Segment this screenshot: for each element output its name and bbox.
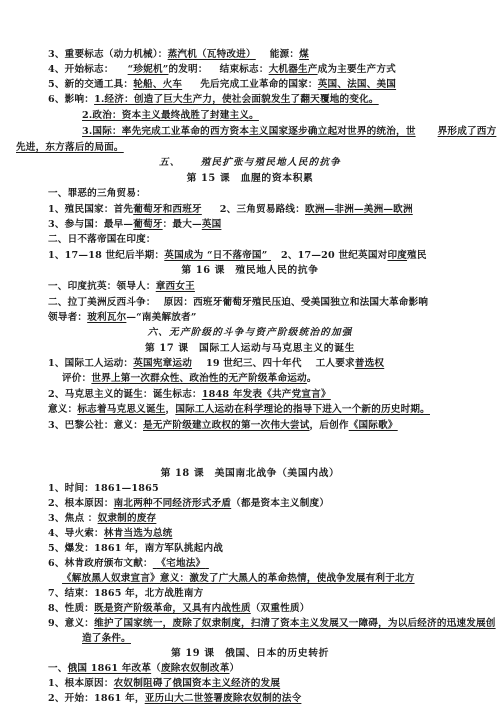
text-line: 6、林肯政府颁布文献： 《宅地法》	[48, 557, 209, 570]
lesson-heading: 第 18 课 美国南北战争（美国内战）	[0, 467, 500, 480]
text: 原因：西班牙葡萄牙殖民压迫、受美国独立和法国大革命影响	[164, 297, 428, 308]
label: 一、	[48, 663, 68, 674]
label: 意义：	[48, 404, 77, 415]
underlined-answer: 《解放黑人奴隶宣言》意义：激发了广大黑人的革命热情，使战争发展有利于北方	[62, 573, 415, 584]
text-line: 先进，东方落后的局面。	[16, 141, 124, 154]
label: 5、新的交通工具：	[48, 79, 133, 90]
text-line: 造了条件。	[82, 632, 131, 645]
label: 先后完成工业革命的国家：	[200, 79, 318, 90]
text-line: 领导者：玻利瓦尔—“南美解放者”	[48, 311, 197, 324]
quoted-term: “日不落帝国”	[207, 250, 267, 261]
document-title: 《宅地法》	[156, 558, 205, 569]
underlined-answer: 废除农奴制改革	[161, 663, 230, 674]
text: ）	[230, 663, 240, 674]
text-line: 1、根本原因：农奴制阻碍了俄国资本主义经济的发展	[48, 677, 280, 690]
underlined-answer: 1.经济：创造了巨大生产力，使社会面貌发生了翻天覆地的变化。	[94, 94, 379, 105]
text-line: 9、意义：维护了国家统一，废除了奴隶制度，扫清了资本主义发展又一障碍，为以后经济…	[48, 617, 496, 630]
lesson-heading: 第 15 课 血腥的资本积累	[0, 172, 500, 185]
underlined-answer: 造了条件。	[82, 633, 131, 644]
unit-title: 殖民扩张与殖民地人民的抗争	[201, 157, 341, 168]
underlined-answer: 英国	[202, 219, 222, 230]
text-line: 3、焦点 ：奴隶制的废存	[48, 512, 156, 525]
label: 3、参与国：最早—	[48, 219, 133, 230]
lesson-heading: 第 19 课 俄国、日本的历史转折	[0, 647, 500, 660]
label: 5、爆发：	[48, 543, 94, 554]
text: （双重性质）	[251, 603, 310, 614]
text-line: 2.政治：资本主义最终战胜了封建主义。	[82, 109, 259, 122]
text: ，后创作	[310, 420, 349, 431]
text-line: 4、导火索：林肯当选为总统	[48, 527, 172, 540]
label: 2、三角贸易路线：	[220, 204, 305, 215]
label: 3、巴黎公社：意义：	[48, 420, 143, 431]
underlined-answer: “日不落帝国”	[203, 250, 271, 261]
underlined-answer: 章西女王	[156, 281, 195, 292]
underlined-answer: 英国成为	[164, 250, 203, 261]
text-line: 3.国际：率先完成工业革命的西方资本主义国家逐步确立起对世界的统治，世界形成了西…	[82, 125, 496, 138]
text-line: 评价：世界上第一次群众性、政治性的无产阶级革命运动。	[62, 372, 317, 385]
label: 1、17—18 世纪后半期：	[48, 250, 164, 261]
label: 能源：	[270, 49, 299, 60]
underlined-answer: 亚历山大二世签署废除农奴制的法令	[145, 693, 302, 704]
underlined-answer: 大机器生产	[269, 64, 318, 75]
text: （都是资本主义制度）	[231, 498, 329, 509]
section-heading: 一、俄国 1861 年改革（废除农奴制改革）	[48, 662, 239, 675]
label: 2、开始：1861 年，	[48, 693, 145, 704]
section-heading: 二、日不落帝国在印度：	[48, 233, 156, 246]
text: 1861 年，南方军队挑起内战	[94, 543, 223, 554]
underlined-answer: 林肯当选为总统	[104, 528, 173, 539]
label: 7、结束：	[48, 588, 94, 599]
underlined-answer: 先进，东方落后的局面。	[16, 142, 124, 153]
section-heading: 一、罪恶的三角贸易：	[48, 187, 146, 200]
underlined-answer: 标志着马克思义诞生	[77, 404, 165, 415]
label: 8、性质：	[48, 603, 94, 614]
underlined-answer: 国际工人运动在科学理论的指导下进入一个新的历史时期。	[175, 404, 430, 415]
underlined-answer: 葡萄牙	[133, 219, 162, 230]
text-line: 一、印度抗英：领导人：章西女王	[48, 280, 195, 293]
label: 领导者：	[48, 312, 87, 323]
label: 1、国际工人运动：	[48, 358, 133, 369]
underlined-answer: 1848 年发表《共产党宣言》	[202, 389, 331, 400]
label: 6、林肯政府颁布文献：	[48, 558, 153, 569]
lesson-heading: 第 16 课 殖民地人民的抗争	[0, 264, 500, 277]
text-line: 2、马克思主义的诞生：诞生标志：1848 年发表《共产党宣言》	[48, 388, 331, 401]
label: 2、根本原因：	[48, 498, 114, 509]
label: 2、马克思主义的诞生：诞生标志：	[48, 389, 202, 400]
underlined-answer: 是无产阶级建立政权的第一次伟大尝试	[143, 420, 310, 431]
text: 工人要求	[316, 358, 355, 369]
underlined-answer: 农奴制阻碍了俄国资本主义经济的发展	[114, 678, 281, 689]
underlined-answer: 奴隶制的废存	[98, 513, 157, 524]
underlined-answer: 《宅地法》	[153, 558, 209, 569]
underlined-answer: 煤	[299, 49, 309, 60]
label: 1、根本原因：	[48, 678, 114, 689]
underlined-answer: 轮船、火车	[133, 79, 182, 90]
underlined-answer: “珍妮机”	[128, 64, 169, 75]
text: —“南美解放者”	[126, 312, 196, 323]
underlined-answer: 维护了国家统一，废除了奴隶制度，扫清了资本主义发展又一障碍，为以后经济的迅速发展…	[94, 618, 496, 629]
text-line: 1、国际工人运动：英国宪章运动19 世纪三、四十年代工人要求普选权	[48, 357, 384, 370]
text-line: 3、参与国：最早—葡萄牙：最大—英国	[48, 218, 221, 231]
underlined-answer: 葡萄牙和西班牙	[133, 204, 202, 215]
text-line: 3、重要标志（动力机械）：蒸汽机（瓦特改进）能源：煤	[48, 48, 309, 61]
underlined-answer: 《国际歌》	[349, 420, 398, 431]
underlined-answer: 印度	[387, 250, 407, 261]
text-line: 1、17—18 世纪后半期：英国成为 “日不落帝国” 2、17—20 世纪英国对…	[48, 249, 427, 262]
underlined-answer: 英国、法国、美国	[318, 79, 396, 90]
document-page: 3、重要标志（动力机械）：蒸汽机（瓦特改进）能源：煤 4、开始标志：“珍妮机”的…	[0, 0, 500, 707]
label: ：最大—	[163, 219, 202, 230]
label: 二、拉丁美洲反西斗争：	[48, 297, 156, 308]
label: 4、导火索：	[48, 528, 104, 539]
text: 殖民	[407, 250, 427, 261]
text-line: 2、开始：1861 年，亚历山大二世签署废除农奴制的法令	[48, 692, 301, 705]
underlined-answer: 蒸汽机（瓦特改进）	[168, 49, 256, 60]
text-line: 7、结束：1865 年，北方战胜南方	[48, 587, 203, 600]
text-line: 8、性质：既是资产阶级革命，又具有内战性质（双重性质）	[48, 602, 310, 615]
text-line: 6、影响：1.经济：创造了巨大生产力，使社会面貌发生了翻天覆地的变化。	[48, 93, 379, 106]
label: 3、焦点 ：	[48, 513, 98, 524]
text: （	[151, 663, 161, 674]
label: 3、重要标志（动力机械）：	[48, 49, 168, 60]
lesson-heading: 第 17 课 国际工人运动与马克思主义的诞生	[0, 342, 500, 355]
label: 结束标志：	[220, 64, 269, 75]
underlined-answer: 英国宪章运动	[133, 358, 192, 369]
text: ，	[166, 404, 176, 415]
label: 6、影响：	[48, 94, 94, 105]
unit-heading: 六、无产阶级的斗争与资产阶级统治的加强	[0, 326, 500, 339]
text-line: 4、开始标志：“珍妮机”的发明：结束标志：大机器生产成为主要生产方式	[48, 63, 396, 76]
label: 1、殖民国家：首先	[48, 204, 133, 215]
text: 19 世纪三、四十年代	[206, 358, 302, 369]
text-line: 5、新的交通工具：轮船、火车先后完成工业革命的国家：英国、法国、美国	[48, 78, 396, 91]
underlined-answer: 俄国 1861 年改革	[68, 663, 152, 674]
text: 1861—1865	[94, 483, 159, 494]
underlined-answer: 3.国际：率先完成工业革命的西方资本主义国家逐步确立起对世界的统治，世	[82, 126, 416, 137]
text: 1865 年，北方战胜南方	[94, 588, 203, 599]
text: 。	[307, 373, 317, 384]
underlined-answer: 欧洲—非洲—美洲—欧洲	[305, 204, 413, 215]
text-line: 1、殖民国家：首先葡萄牙和西班牙2、三角贸易路线：欧洲—非洲—美洲—欧洲	[48, 203, 413, 216]
unit-heading: 五、殖民扩张与殖民地人民的抗争	[0, 156, 500, 169]
label: 一、印度抗英：领导人：	[48, 281, 156, 292]
text-line: 5、爆发：1861 年，南方军队挑起内战	[48, 542, 223, 555]
label: 2、17—20 世纪英国对	[281, 250, 387, 261]
underlined-answer: 南北两种不同经济形式矛盾	[114, 498, 232, 509]
text: 成为主要生产方式	[318, 64, 396, 75]
underlined-answer: 普选权	[355, 358, 384, 369]
text-line: 《解放黑人奴隶宣言》意义：激发了广大黑人的革命热情，使战争发展有利于北方	[62, 572, 415, 585]
text-line: 二、拉丁美洲反西斗争：原因：西班牙葡萄牙殖民压迫、受美国独立和法国大革命影响	[48, 296, 428, 309]
unit-number: 五、	[159, 157, 181, 168]
text: 的发明：	[168, 64, 207, 75]
underlined-answer: 既是资产阶级革命，又具有内战性质	[94, 603, 251, 614]
underlined-answer: 世界上第一次群众性、政治性的无产阶级革命运动	[91, 373, 306, 384]
text-line: 1、时间：1861—1865	[48, 482, 159, 495]
underlined-answer: 2.政治：资本主义最终战胜了封建主义。	[82, 110, 259, 121]
label: 4、开始标志：	[48, 64, 114, 75]
label: 1、时间：	[48, 483, 94, 494]
label: 9、意义：	[48, 618, 94, 629]
text-line: 3、巴黎公社：意义：是无产阶级建立政权的第一次伟大尝试，后创作《国际歌》	[48, 419, 398, 432]
label: 评价：	[62, 373, 91, 384]
text-line: 2、根本原因：南北两种不同经济形式矛盾（都是资本主义制度）	[48, 497, 329, 510]
text-line: 意义：标志着马克思义诞生，国际工人运动在科学理论的指导下进入一个新的历史时期。	[48, 403, 430, 416]
underlined-answer: 界形成了西方	[438, 126, 497, 137]
underlined-answer: 玻利瓦尔	[87, 312, 126, 323]
